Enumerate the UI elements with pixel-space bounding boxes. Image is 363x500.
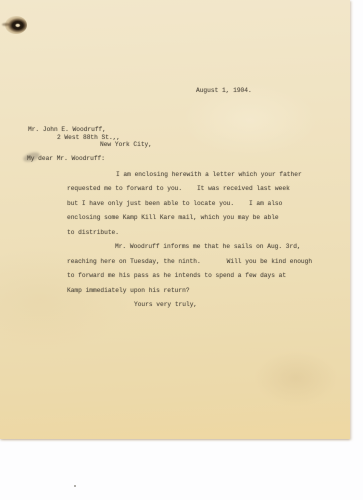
recipient-city: New York City,: [100, 141, 152, 148]
recipient-street: 2 West 88th St.,,: [57, 134, 120, 141]
date-line: August 1, 1904.: [196, 87, 252, 94]
letter-paper: August 1, 1904. Mr. John E. Woodruff, 2 …: [0, 0, 350, 439]
body-line-3: but I have only just been able to locate…: [67, 200, 282, 207]
body-line-9: Kamp immediately upon his return?: [67, 287, 190, 294]
closing-line: Yours very truly,: [134, 301, 197, 308]
recipient-name: Mr. John E. Woodruff,: [28, 126, 106, 133]
dust-speck-icon: [74, 485, 76, 487]
ink-blot-tail: [2, 23, 10, 26]
scan-background: August 1, 1904. Mr. John E. Woodruff, 2 …: [0, 0, 363, 500]
body-line-2: requested me to forward to you. It was r…: [67, 185, 290, 192]
body-line-6: Mr. Woodruff informs me that he sails on…: [115, 243, 301, 250]
body-line-8: to forward me his pass as he intends to …: [67, 272, 286, 279]
body-line-4: enclosing some Kamp Kill Kare mail, whic…: [67, 214, 279, 221]
body-line-5: to distribute.: [67, 229, 119, 236]
body-line-1: I am enclosing herewith a letter which y…: [116, 171, 302, 178]
body-line-7: reaching here on Tuesday, the ninth. Wil…: [67, 258, 312, 265]
salutation: My dear Mr. Woodruff:: [27, 155, 105, 162]
